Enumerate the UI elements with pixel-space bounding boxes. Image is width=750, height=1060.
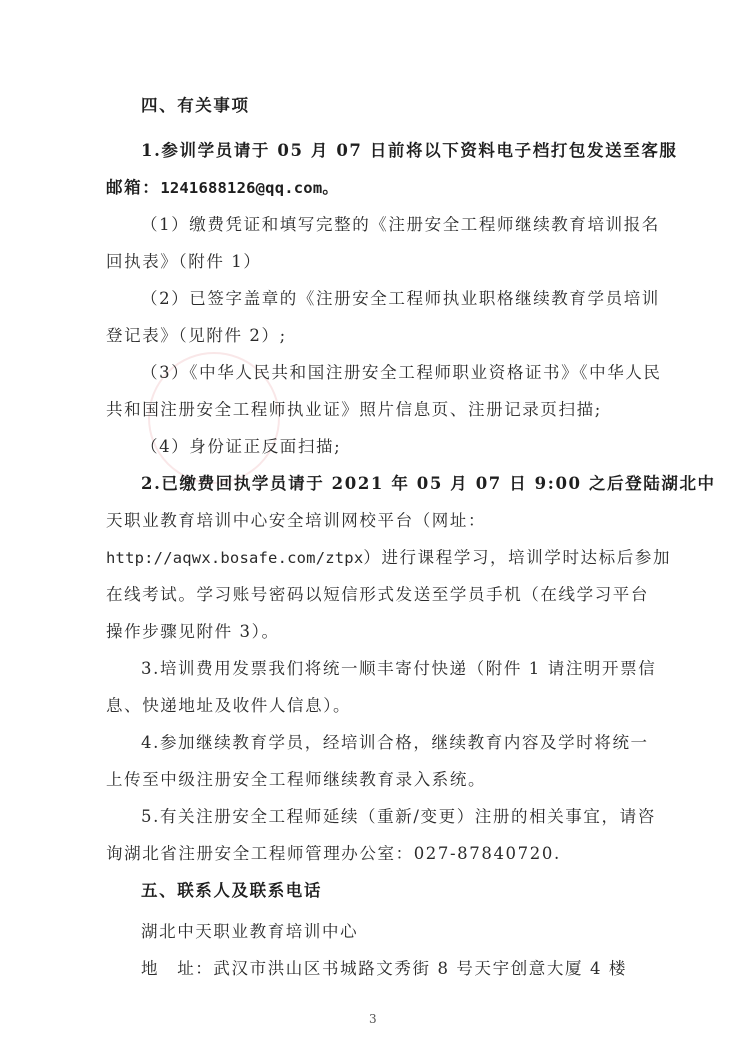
item1-line1: 1.参训学员请于 05 月 07 日前将以下资料电子档打包发送至客服 xyxy=(141,141,686,161)
sub1-line2: 回执表》（附件 1） xyxy=(106,252,651,272)
sub2-line2: 登记表》（见附件 2）; xyxy=(106,326,651,346)
sub3-line1: （3）《中华人民共和国注册安全工程师职业资格证书》《中华人民 xyxy=(141,363,686,383)
item4-line2: 上传至中级注册安全工程师继续教育录入系统。 xyxy=(106,770,651,790)
document-page: 四、有关事项 1.参训学员请于 05 月 07 日前将以下资料电子档打包发送至客… xyxy=(0,0,750,1060)
item4-line1: 4.参加继续教育学员，经培训合格，继续教育内容及学时将统一 xyxy=(141,733,686,753)
item5-line2: 询湖北省注册安全工程师管理办公室：027-87840720. xyxy=(106,844,651,864)
address-line: 地 址：武汉市洪山区书城路文秀街 8 号天宇创意大厦 4 楼 xyxy=(141,959,686,979)
page-number: 3 xyxy=(369,1012,377,1026)
section4-heading: 四、有关事项 xyxy=(141,96,686,116)
item2-line3: http://aqwx.bosafe.com/ztpx）进行课程学习，培训学时达… xyxy=(106,548,651,568)
address-value: 武汉市洪山区书城路文秀街 8 号天宇创意大厦 4 楼 xyxy=(213,959,627,978)
sub3-line2: 共和国注册安全工程师执业证》照片信息页、注册记录页扫描; xyxy=(106,400,651,420)
item2-line1: 2.已缴费回执学员请于 2021 年 05 月 07 日 9:00 之后登陆湖北… xyxy=(141,474,686,494)
address-label: 地 址： xyxy=(141,959,213,978)
sub1-line1: （1）缴费凭证和填写完整的《注册安全工程师继续教育培训报名 xyxy=(141,215,686,235)
item5-line1: 5.有关注册安全工程师延续（重新/变更）注册的相关事宜，请咨 xyxy=(141,807,686,827)
item2-line4: 在线考试。学习账号密码以短信形式发送至学员手机（在线学习平台 xyxy=(106,585,651,605)
item3-line1: 3.培训费用发票我们将统一顺丰寄付快递（附件 1 请注明开票信 xyxy=(141,659,686,679)
item3-line2: 息、快递地址及收件人信息）。 xyxy=(106,696,651,716)
item1-line2: 邮箱：1241688126@qq.com。 xyxy=(106,178,651,198)
email-address: 1241688126@qq.com。 xyxy=(160,179,338,197)
sub2-line1: （2）已签字盖章的《注册安全工程师执业职格继续教育学员培训 xyxy=(141,289,686,309)
item2-line5: 操作步骤见附件 3）。 xyxy=(106,622,651,642)
email-label: 邮箱： xyxy=(106,178,160,197)
section5-heading: 五、联系人及联系电话 xyxy=(141,881,686,901)
platform-url[interactable]: http://aqwx.bosafe.com/ztpx xyxy=(106,549,363,567)
item2-line2: 天职业教育培训中心安全培训网校平台（网址： xyxy=(106,511,651,531)
item2-line3-text: ）进行课程学习，培训学时达标后参加 xyxy=(363,548,671,567)
org-name: 湖北中天职业教育培训中心 xyxy=(141,922,686,942)
sub4-line1: （4）身份证正反面扫描; xyxy=(141,437,686,457)
